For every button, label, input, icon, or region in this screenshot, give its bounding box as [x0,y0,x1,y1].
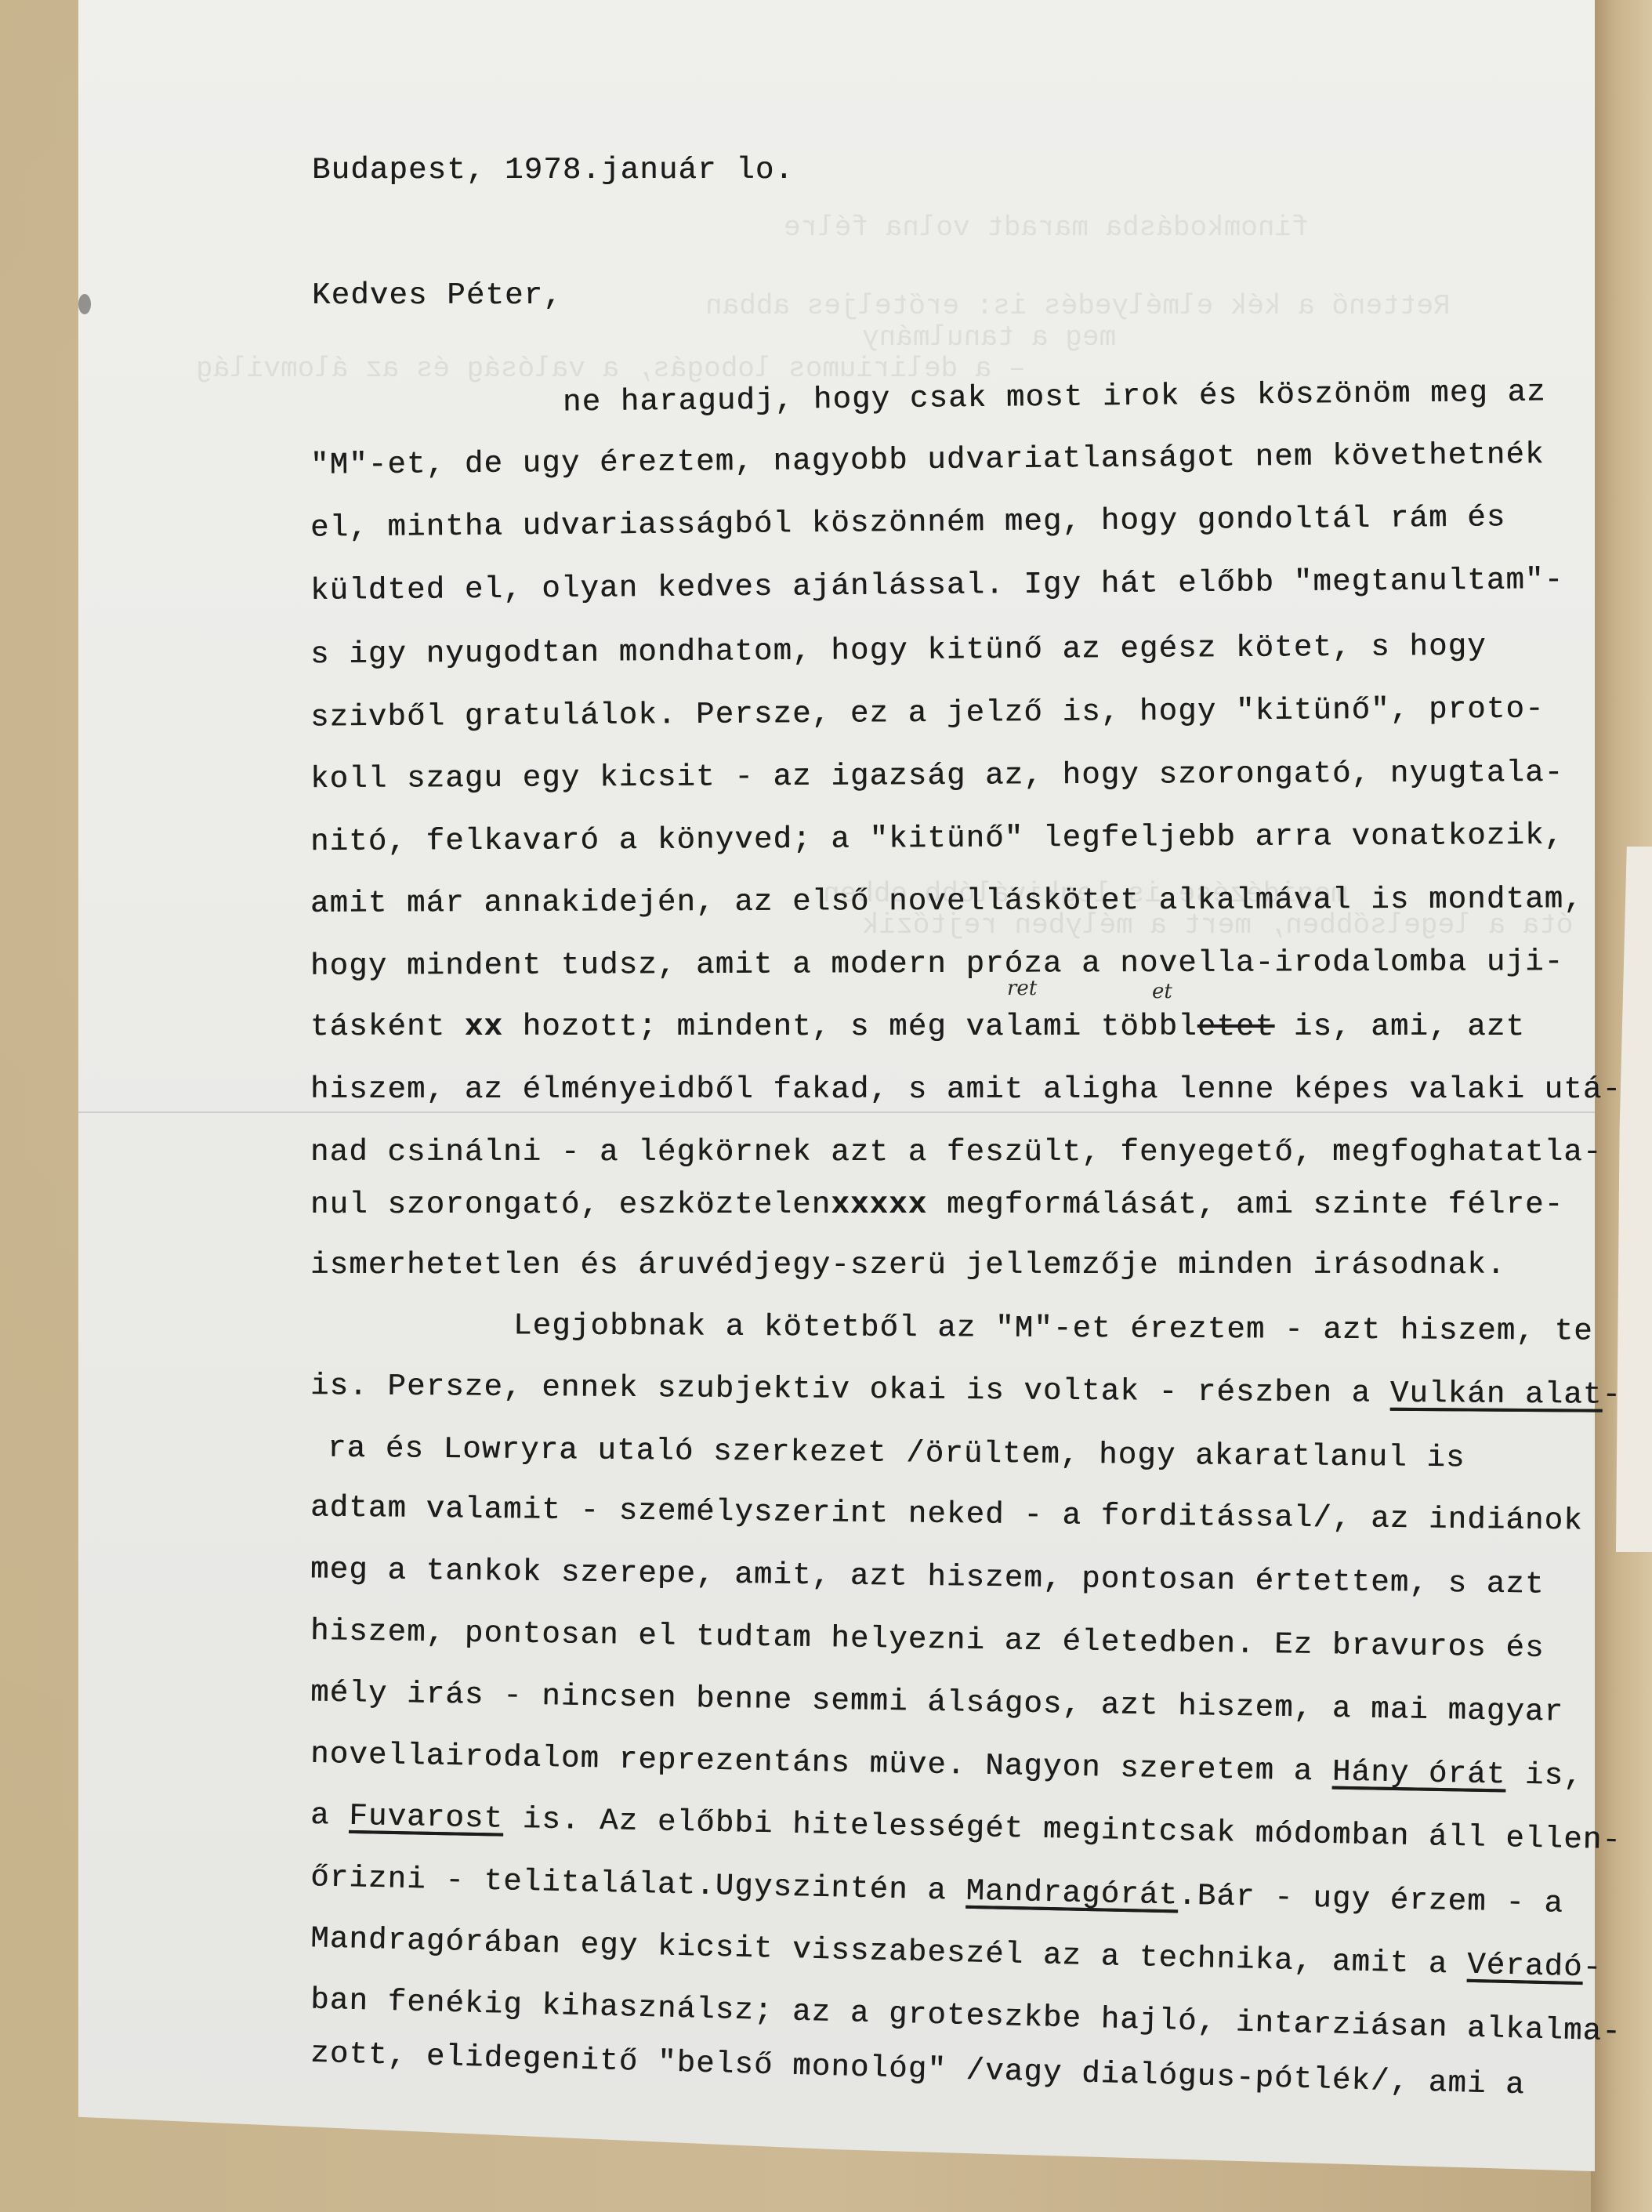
typed-over-strikeout: xxxxx [831,1188,927,1222]
text-segment: hozott; mindent, s még valami [503,1010,1101,1044]
text-segment: megformálását, ami szinte félre- [927,1188,1563,1222]
show-through-text: finomkodásba maradt volna félre [784,212,1309,244]
text-line: hiszem, az élményeidből fakad, s amit al… [310,1072,1621,1107]
text-segment: - [1602,1378,1621,1412]
underlined-title: Fuvarost [349,1799,504,1837]
text-line: ismerhetetlen és áruvédjegy-szerü jellem… [310,1248,1505,1282]
text-line-with-corrections: nul szorongató, eszköztelenxxxxx megform… [310,1188,1563,1222]
handwritten-insertion: ret [1007,977,1037,1000]
ink-smudge [78,294,91,314]
underlined-title: Véradó [1467,1948,1584,1985]
text-line: hogy mindent tudsz, amit a modern próza … [310,945,1563,984]
text-segment: tásként [310,1010,465,1044]
underlined-title: Hány órát [1332,1755,1506,1793]
text-line: nitó, felkavaró a könyved; a "kitünő" le… [310,818,1563,859]
text-line: nad csinálni - a légkörnek azt a feszült… [310,1135,1602,1169]
show-through-text: meg a tanulmány [862,321,1116,354]
text-segment: nul szorongató, eszköztelen [310,1188,831,1222]
underlined-title: Vulkán alat [1390,1376,1603,1412]
show-through-text: Rettenő a kék elmélyedés is: erőteljes a… [705,290,1451,322]
dateline: Budapest, 1978.január lo. [312,153,794,187]
show-through-text: – a deliriumos lobogás, a valóság és az … [196,353,1026,385]
text-line-with-corrections: tásként xx hozott; mindent, s még valami… [310,1010,1525,1044]
text-segment: is, ami, azt [1274,1010,1525,1044]
salutation: Kedves Péter, [312,278,563,313]
text-line: koll szagu egy kicsit - az igazság az, h… [310,756,1563,796]
text-segment: is, [1505,1757,1583,1793]
handwritten-insertion: et [1152,980,1172,1003]
struck-out-text: etet [1197,1010,1274,1044]
text-segment: a [310,1798,350,1833]
text-segment: többl [1101,1010,1197,1044]
text-line: amit már annakidején, az első novelláskö… [310,882,1583,921]
typed-over-strikeout: xx [465,1010,503,1044]
text-line: Legjobbnak a kötetből az "M"-et éreztem … [513,1308,1593,1348]
underlined-title: Mandragórát [965,1874,1179,1913]
text-segment: - [1582,1950,1603,1985]
paper-fold-crease [78,1111,1595,1113]
